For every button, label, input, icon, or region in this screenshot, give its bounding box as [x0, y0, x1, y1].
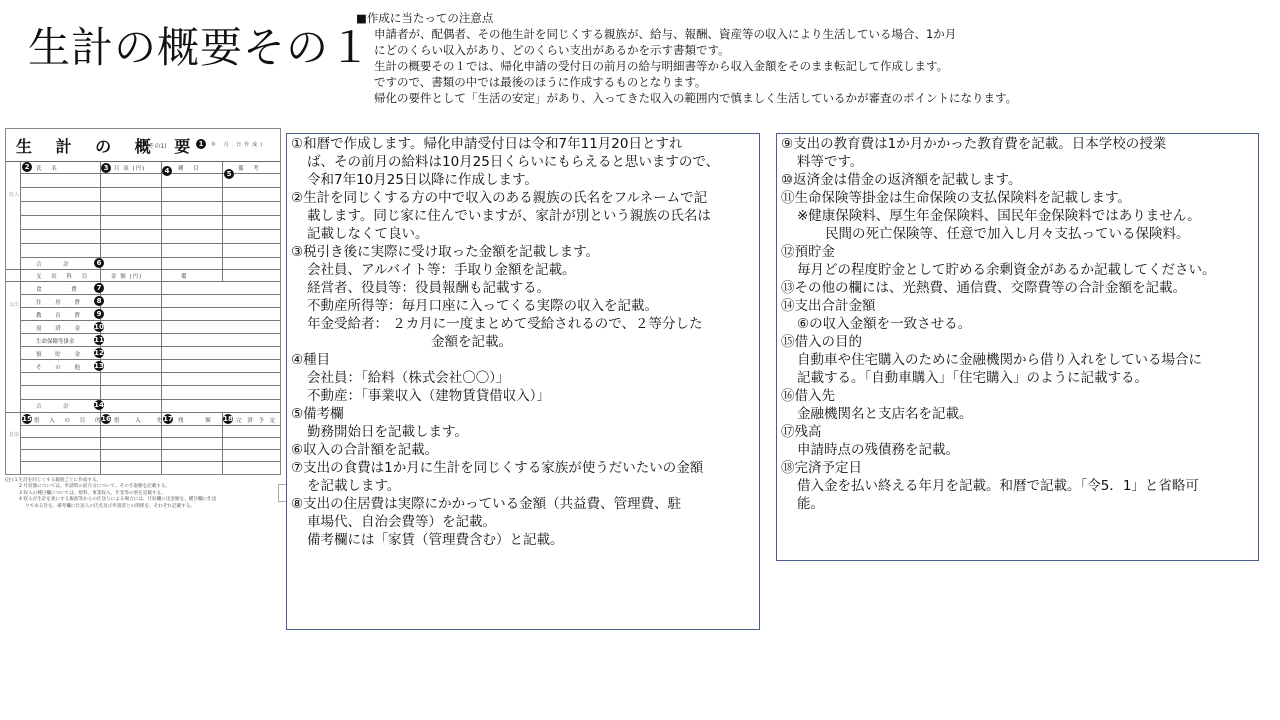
- explanation-item-11: ⑪生命保険等掛金は生命保険の支払保険料を記載します。: [781, 189, 1254, 207]
- expense-row-label: 教 育 費: [36, 311, 86, 319]
- grid-line: [20, 173, 280, 174]
- badge-15: 15: [22, 414, 32, 424]
- grid-line: [20, 399, 280, 400]
- grid-line: [20, 425, 280, 426]
- grid-line: [20, 461, 280, 462]
- form-grid: 2 氏 名 3 月 収 (円) 4 種 目 5 備 考 収入 合 計 6 支 出…: [6, 161, 280, 474]
- grid-line: [161, 269, 162, 412]
- form-footnotes: (注) 1 生計を同じくする親族ごとに作成する。 2 月収額については、申請時の…: [5, 478, 285, 510]
- grid-line: [20, 294, 280, 295]
- explanation-item-2: ②生計を同じくする方の中で収入のある親族の氏名をフルネームで記: [291, 189, 755, 207]
- form-title-sub: (その1): [146, 141, 167, 150]
- explanation-text: ※健康保険料、厚生年金保険料、国民年金保険料ではありません。: [781, 207, 1254, 225]
- explanation-text: 料等です。: [781, 153, 1254, 171]
- explanation-text: 経営者、役員等：役員報酬も記載する。: [291, 279, 755, 297]
- debt-header-payoff: 完 済 予 定: [236, 416, 277, 424]
- explanation-item-10: ⑩返済金は借金の返済額を記載します。: [781, 171, 1254, 189]
- badge-10: 10: [94, 322, 104, 332]
- form-image: 生 計 の 概 要 (その1) 1 年 月 日作成) 2 氏 名 3 月 収 (…: [5, 128, 281, 475]
- side-label-income: 収入: [9, 191, 19, 198]
- badge-12: 12: [94, 348, 104, 358]
- grid-line: [20, 333, 280, 334]
- expense-header-item: 支 出 科 目: [36, 272, 91, 280]
- notes-line: にどのくらい収入があり、どのくらい支出があるかを示す書類です。: [356, 42, 1256, 58]
- badge-14: 14: [94, 400, 104, 410]
- notes-line: 申請者が、配偶者、その他生計を同じくする親族が、給与、報酬、資産等の収入により生…: [356, 26, 1256, 42]
- explanation-text: 載します。同じ家に住んでいますが、家計が別という親族の氏名は: [291, 207, 755, 225]
- explanation-text: 記載する。「自動車購入」「住宅購入」のように記載する。: [781, 369, 1254, 387]
- explanation-text: 民間の死亡保険等、任意で加入し月々支払っている保険料。: [781, 225, 1254, 243]
- grid-line: [20, 449, 280, 450]
- explanation-text: 令和7年10月25日以降に作成します。: [291, 171, 755, 189]
- grid-line: [20, 243, 280, 244]
- badge-8: 8: [94, 296, 104, 306]
- grid-line: [20, 437, 280, 438]
- expense-total-label: 合 計: [36, 402, 79, 410]
- explanation-item-5: ⑤備考欄: [291, 405, 755, 423]
- explanation-item-1: ①和暦で作成します。帰化申請受付日は令和7年11月20日とすれ: [291, 135, 755, 153]
- explanation-item-18: ⑱完済予定日: [781, 459, 1254, 477]
- grid-line: [20, 229, 280, 230]
- expense-row-label: 預 貯 金: [36, 350, 86, 358]
- badge-3: 3: [101, 163, 111, 173]
- grid-line: [20, 346, 280, 347]
- debt-header-purpose: 借 入 の 目 的: [34, 416, 105, 424]
- explanation-text: 会社員、アルバイト等：手取り金額を記載。: [291, 261, 755, 279]
- grid-line: [161, 161, 162, 281]
- badge-9: 9: [94, 309, 104, 319]
- explanation-text: 自動車や住宅購入のために金融機関から借り入れをしている場合に: [781, 351, 1254, 369]
- side-label-expense: 支出: [9, 301, 19, 308]
- explanation-box-left: ①和暦で作成します。帰化申請受付日は令和7年11月20日とすれ ば、その前月の給…: [286, 133, 760, 630]
- explanation-text: 金額を記載。: [291, 333, 755, 351]
- explanation-item-7: ⑦支出の食費は1か月に生計を同じくする家族が使うだいたいの金額: [291, 459, 755, 477]
- badge-7: 7: [94, 283, 104, 293]
- explanation-item-16: ⑯借入先: [781, 387, 1254, 405]
- grid-line: [6, 269, 280, 270]
- explanation-text: 備考欄には「家賃（管理費含む）と記載。: [291, 531, 755, 549]
- grid-line: [20, 215, 280, 216]
- grid-line: [6, 412, 280, 413]
- badge-11: 11: [94, 335, 104, 345]
- explanation-box-right: ⑨支出の教育費は1か月かかった教育費を記載。日本学校の授業 料等です。 ⑩返済金…: [776, 133, 1259, 561]
- notes-line: 生計の概要その１では、帰化申請の受付日の前月の給与明細書等から収入金額をそのまま…: [356, 58, 1256, 74]
- header-monthly-income: 月 収 (円): [114, 164, 145, 172]
- debt-header-balance: 残 額: [178, 416, 221, 424]
- grid-line: [20, 385, 280, 386]
- grid-line: [20, 307, 280, 308]
- badge-16: 16: [101, 414, 111, 424]
- notes-line: 帰化の要件として「生活の安定」があり、入ってきた収入の範囲内で慎ましく生活してい…: [356, 90, 1256, 106]
- badge-17: 17: [163, 414, 173, 424]
- grid-line: [20, 320, 280, 321]
- grid-line: [20, 372, 280, 373]
- grid-line: [222, 161, 223, 281]
- header-type: 種 目: [178, 164, 203, 172]
- explanation-text: 借入金を払い終える年月を記載。和暦で記載。「令5．1」と省略可: [781, 477, 1254, 495]
- header-remarks: 備 考: [238, 164, 263, 172]
- form-date-label: 年 月 日作成): [211, 141, 265, 148]
- header-name: 氏 名: [36, 164, 61, 172]
- form-title-row: 生 計 の 概 要 (その1) 1 年 月 日作成): [6, 129, 280, 162]
- explanation-item-12: ⑫預貯金: [781, 243, 1254, 261]
- explanation-item-3: ③税引き後に実際に受け取った金額を記載します。: [291, 243, 755, 261]
- expense-row-label: 返 済 金: [36, 324, 86, 332]
- form-title: 生 計 の 概 要: [16, 134, 199, 157]
- side-label-debt: 負債: [9, 431, 19, 438]
- expense-row-label: 生命保険等掛金: [36, 337, 75, 345]
- grid-line: [6, 281, 280, 282]
- explanation-text: 車場代、自治会費等）を記載。: [291, 513, 755, 531]
- explanation-text: ⑥の収入金額を一致させる。: [781, 315, 1254, 333]
- explanation-item-13: ⑬その他の欄には、光熱費、通信費、交際費等の合計金額を記載。: [781, 279, 1254, 297]
- badge-2: 2: [22, 162, 32, 172]
- explanation-item-9: ⑨支出の教育費は1か月かかった教育費を記載。日本学校の授業: [781, 135, 1254, 153]
- grid-line: [20, 161, 21, 474]
- badge-18: 18: [223, 414, 233, 424]
- expense-row-label: そ の 他: [36, 363, 86, 371]
- explanation-text: 勤務開始日を記載します。: [291, 423, 755, 441]
- explanation-item-17: ⑰残高: [781, 423, 1254, 441]
- badge-6: 6: [94, 258, 104, 268]
- badge-4: 4: [162, 166, 172, 176]
- explanation-text: 記載しなくて良い。: [291, 225, 755, 243]
- expense-row-label: 住 居 費: [36, 298, 86, 306]
- debt-header-lender: 借 入 先: [114, 416, 169, 424]
- income-total-label: 合 計: [36, 260, 79, 268]
- grid-line: [20, 257, 280, 258]
- expense-row-label: 食 費: [36, 285, 91, 293]
- grid-line: [20, 359, 280, 360]
- slide-title: 生計の概要その１: [28, 20, 372, 76]
- grid-line: [20, 201, 280, 202]
- explanation-item-6: ⑥収入の合計額を記載。: [291, 441, 755, 459]
- explanation-text: 不動産：「事業収入（建物賃貸借収入）」: [291, 387, 755, 405]
- explanation-item-8: ⑧支出の住居費は実際にかかっている金額（共益費、管理費、駐: [291, 495, 755, 513]
- grid-line: [20, 187, 280, 188]
- explanation-text: 金融機関名と支店名を記載。: [781, 405, 1254, 423]
- explanation-text: ば、その前月の給料は10月25日くらいにもらえると思いますので、: [291, 153, 755, 171]
- notes-line: ですので、書類の中では最後のほうに作成するものとなります。: [356, 74, 1256, 90]
- explanation-text: を記載します。: [291, 477, 755, 495]
- explanation-item-14: ⑭支出合計金額: [781, 297, 1254, 315]
- explanation-item-4: ④種目: [291, 351, 755, 369]
- explanation-text: 申請時点の残債務を記載。: [781, 441, 1254, 459]
- explanation-text: 会社員：「給料（株式会社〇〇）」: [291, 369, 755, 387]
- footnote: りである旨を、備考欄に仕送人の氏名及び申請者との関係を、それぞれ記載する。: [5, 504, 285, 510]
- expense-header-amount: 金 額 (円): [111, 272, 142, 280]
- explanation-item-15: ⑮借入の目的: [781, 333, 1254, 351]
- badge-13: 13: [94, 361, 104, 371]
- notes-heading: ■作成に当たっての注意点: [356, 10, 1256, 26]
- explanation-text: 年金受給者： ２カ月に一度まとめて受給されるので、２等分した: [291, 315, 755, 333]
- explanation-text: 不動産所得等：毎月口座に入ってくる実際の収入を記載。: [291, 297, 755, 315]
- explanation-text: 毎月どの程度貯金として貯める余剰資金があるか記載してください。: [781, 261, 1254, 279]
- badge-5: 5: [224, 169, 234, 179]
- badge-1: 1: [196, 139, 206, 149]
- explanation-text: 能。: [781, 495, 1254, 513]
- notes-block: ■作成に当たっての注意点 申請者が、配偶者、その他生計を同じくする親族が、給与、…: [356, 10, 1256, 106]
